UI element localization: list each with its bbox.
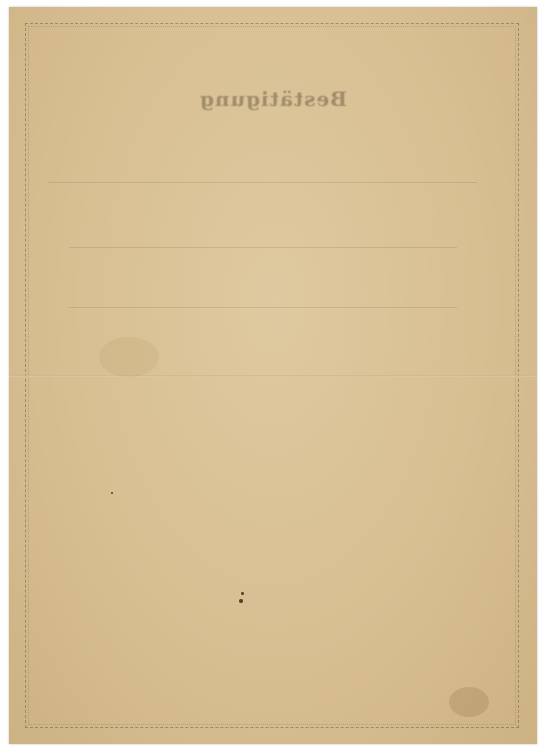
ink-spot [111,492,113,494]
fold-crease [9,375,537,377]
ink-spot [239,599,243,603]
stain [99,337,159,377]
bleed-through-title: Bestätigung [9,87,537,111]
faint-line [49,182,477,183]
document-page: Bestätigung [9,7,537,744]
faint-line [69,247,457,248]
stain [449,687,489,717]
ink-spot [241,592,244,595]
faint-line [69,307,457,308]
